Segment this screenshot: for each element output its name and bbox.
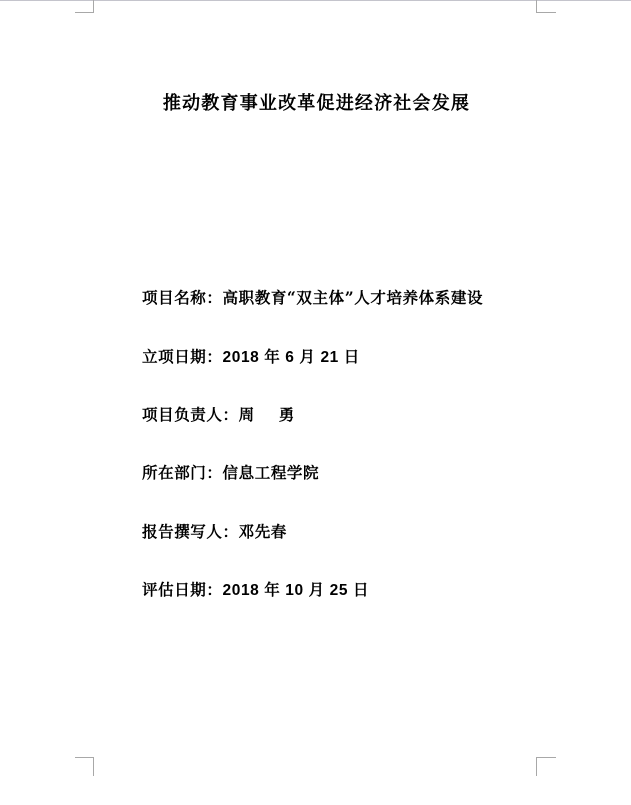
field-label: 所在部门： <box>142 463 223 482</box>
field-value: 2018 年 10 月 25 日 <box>223 582 370 599</box>
field-value: 周 勇 <box>239 405 295 424</box>
field-project-name: 项目名称：高职教育“双主体”人才培养体系建设 <box>130 268 483 308</box>
document-title: 推动教育事业改革促进经济社会发展 <box>0 92 631 116</box>
field-label: 项目名称： <box>142 288 223 307</box>
field-project-leader: 项目负责人：周 勇 <box>130 385 295 425</box>
field-label: 报告撰写人： <box>142 522 239 541</box>
field-label: 立项日期： <box>142 347 223 366</box>
field-evaluation-date: 评估日期：2018 年 10 月 25 日 <box>130 560 369 601</box>
field-report-author: 报告撰写人：邓先春 <box>130 502 287 542</box>
field-label: 项目负责人： <box>142 405 239 424</box>
field-value: 高职教育“双主体”人才培养体系建设 <box>223 288 484 307</box>
field-value: 2018 年 6 月 21 日 <box>223 349 360 366</box>
field-department: 所在部门：信息工程学院 <box>130 443 319 483</box>
field-value: 邓先春 <box>239 522 287 541</box>
field-approval-date: 立项日期：2018 年 6 月 21 日 <box>130 327 360 368</box>
field-value: 信息工程学院 <box>223 463 320 482</box>
field-label: 评估日期： <box>142 580 223 599</box>
